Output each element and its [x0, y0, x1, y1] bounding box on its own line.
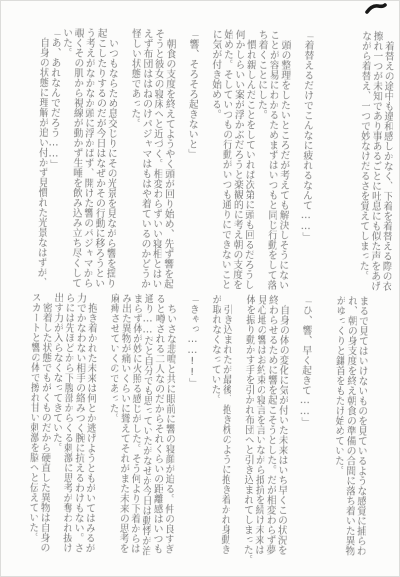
lower-text-block: まるで見てはいけないものを見ているような感覚に捕らわれ、朝の身支度を終え朝食の準… [26, 292, 368, 570]
page-text-area: 着替えの途中も違和感しかなく、下着を着替える際の衣擦れ一つが未知であり事あるごと… [0, 0, 400, 577]
upper-text-block: 着替えの途中も違和感しかなく、下着を着替える際の衣擦れ一つが未知であり事あるごと… [34, 27, 393, 295]
scanned-page: 着替えの途中も違和感しかなく、下着を着替える際の衣擦れ一つが未知であり事あるごと… [0, 0, 400, 577]
